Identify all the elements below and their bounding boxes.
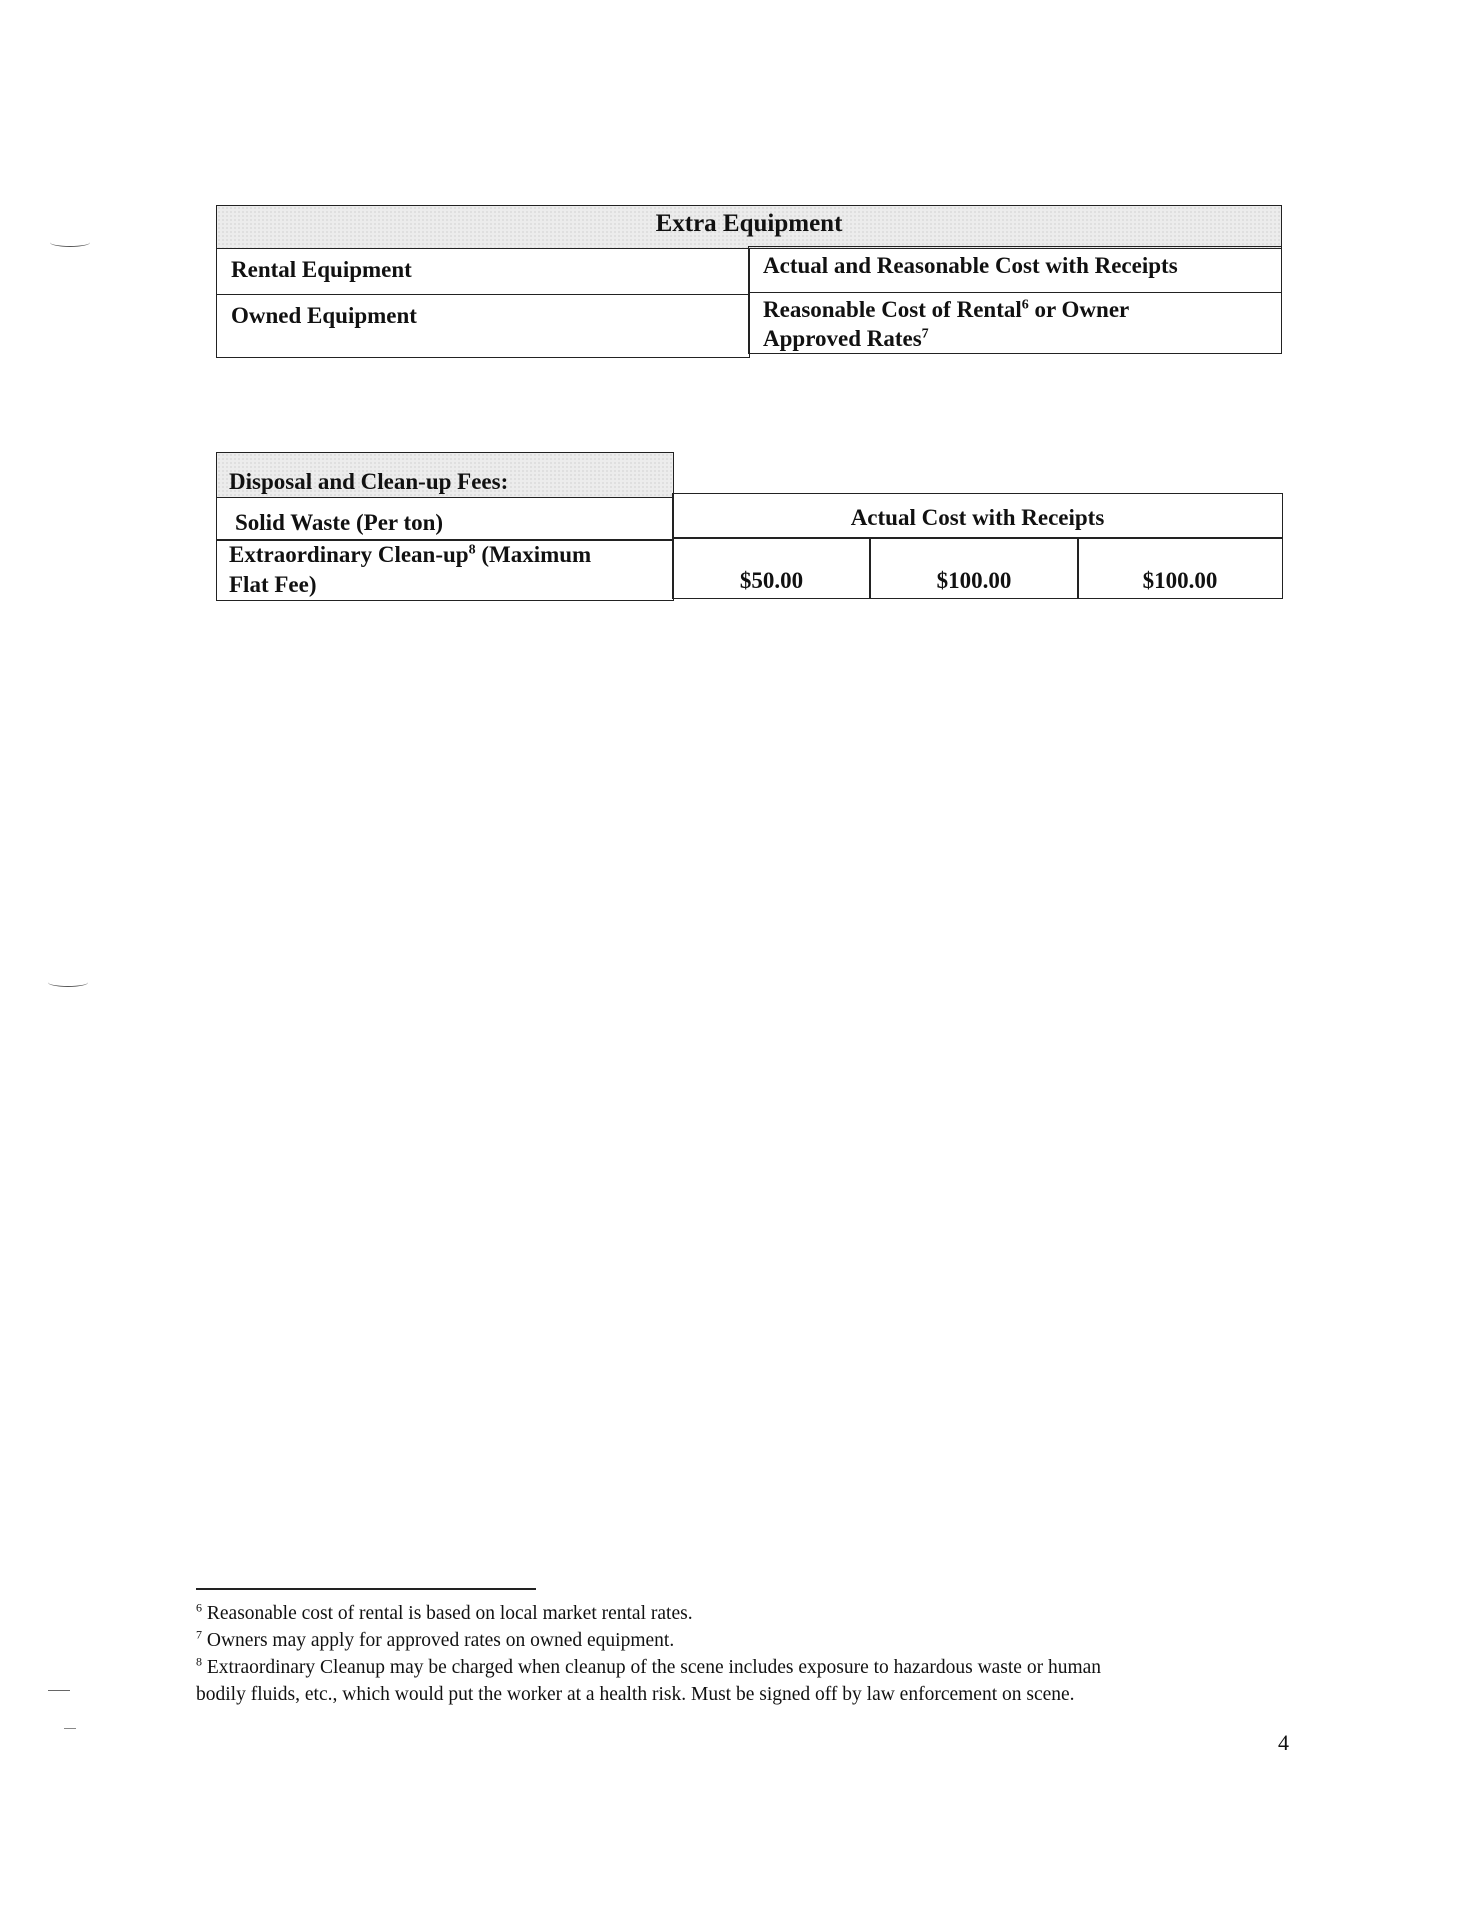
disposal-title: Disposal and Clean-up Fees: bbox=[229, 467, 661, 497]
table-row-value: Actual Cost with Receipts bbox=[672, 493, 1283, 539]
table-row-label: Solid Waste (Per ton) bbox=[216, 497, 674, 541]
table-row-label: Owned Equipment bbox=[216, 294, 750, 358]
page-number: 4 bbox=[1278, 1730, 1289, 1756]
scan-mark bbox=[48, 1690, 70, 1691]
table-row-value: Reasonable Cost of Rental6 or Owner Appr… bbox=[748, 292, 1282, 354]
fee-value-cell: $100.00 bbox=[869, 537, 1079, 599]
footnote-8-continued: bodily fluids, etc., which would put the… bbox=[196, 1682, 1075, 1708]
extra-equipment-header: Extra Equipment bbox=[216, 205, 1282, 249]
fee-value-cell: $100.00 bbox=[1077, 537, 1283, 599]
disposal-header: Disposal and Clean-up Fees: bbox=[216, 452, 674, 498]
fee-value-cell: $50.00 bbox=[672, 537, 871, 599]
scan-mark bbox=[64, 1728, 76, 1729]
extra-equipment-title: Extra Equipment bbox=[217, 206, 1281, 242]
footnote-separator bbox=[196, 1588, 536, 1590]
binder-hole-mark bbox=[50, 238, 90, 247]
table-row-label: Rental Equipment bbox=[216, 248, 750, 295]
binder-hole-mark bbox=[48, 978, 88, 987]
table-row-value: Actual and Reasonable Cost with Receipts bbox=[748, 246, 1282, 293]
table-row-label: Extraordinary Clean-up8 (Maximum Flat Fe… bbox=[216, 539, 674, 601]
footnote-7: 7 Owners may apply for approved rates on… bbox=[196, 1628, 674, 1654]
footnote-6: 6 Reasonable cost of rental is based on … bbox=[196, 1601, 693, 1627]
footnote-8: 8 Extraordinary Cleanup may be charged w… bbox=[196, 1655, 1101, 1681]
